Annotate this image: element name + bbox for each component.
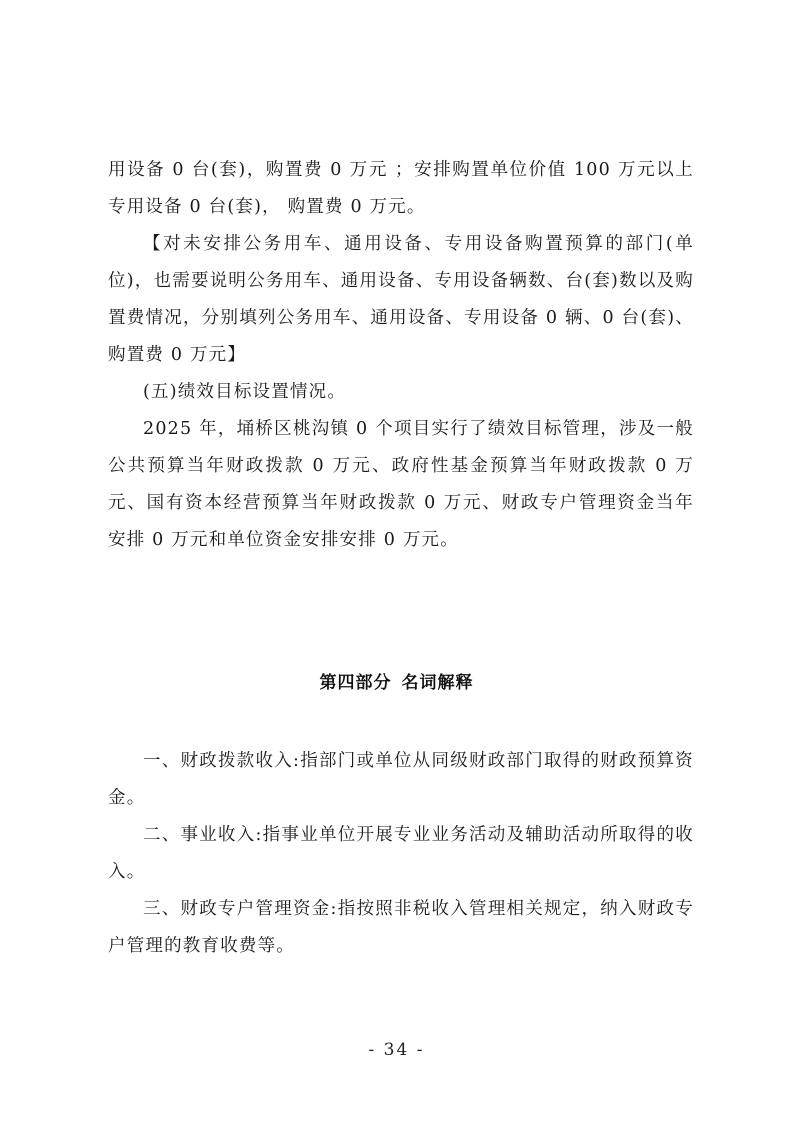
paragraph-note-unbudgeted: 【对未安排公务用车、通用设备、专用设备购置预算的部门(单位)，也需要说明公务用车…: [108, 226, 694, 374]
subheading-performance-targets: (五)绩效目标设置情况。: [108, 374, 694, 411]
glossary-item-business-income: 二、事业收入:指事业单位开展专业业务活动及辅助活动所取得的收入。: [108, 817, 694, 891]
text-block-glossary: 一、财政拨款收入:指部门或单位从同级财政部门取得的财政预算资金。 二、事业收入:…: [108, 743, 694, 965]
glossary-item-fiscal-appropriation: 一、财政拨款收入:指部门或单位从同级财政部门取得的财政预算资金。: [108, 743, 694, 817]
section-title: 名词解释: [402, 673, 474, 693]
paragraph-performance-targets: 2025 年，埇桥区桃沟镇 0 个项目实行了绩效目标管理，涉及一般公共预算当年财…: [108, 411, 694, 559]
section-part-label: 第四部分: [320, 673, 392, 693]
page-number: - 34 -: [0, 1040, 793, 1060]
document-page: 用设备 0 台(套)，购置费 0 万元 ；安排购置单位价值 100 万元以上专用…: [0, 0, 793, 1122]
glossary-item-special-account-funds: 三、财政专户管理资金:指按照非税收入管理相关规定，纳入财政专户管理的教育收费等。: [108, 891, 694, 965]
paragraph-equipment-purchase: 用设备 0 台(套)，购置费 0 万元 ；安排购置单位价值 100 万元以上专用…: [108, 152, 694, 226]
section-heading: 第四部分名词解释: [0, 669, 793, 697]
text-block-upper: 用设备 0 台(套)，购置费 0 万元 ；安排购置单位价值 100 万元以上专用…: [108, 152, 694, 559]
